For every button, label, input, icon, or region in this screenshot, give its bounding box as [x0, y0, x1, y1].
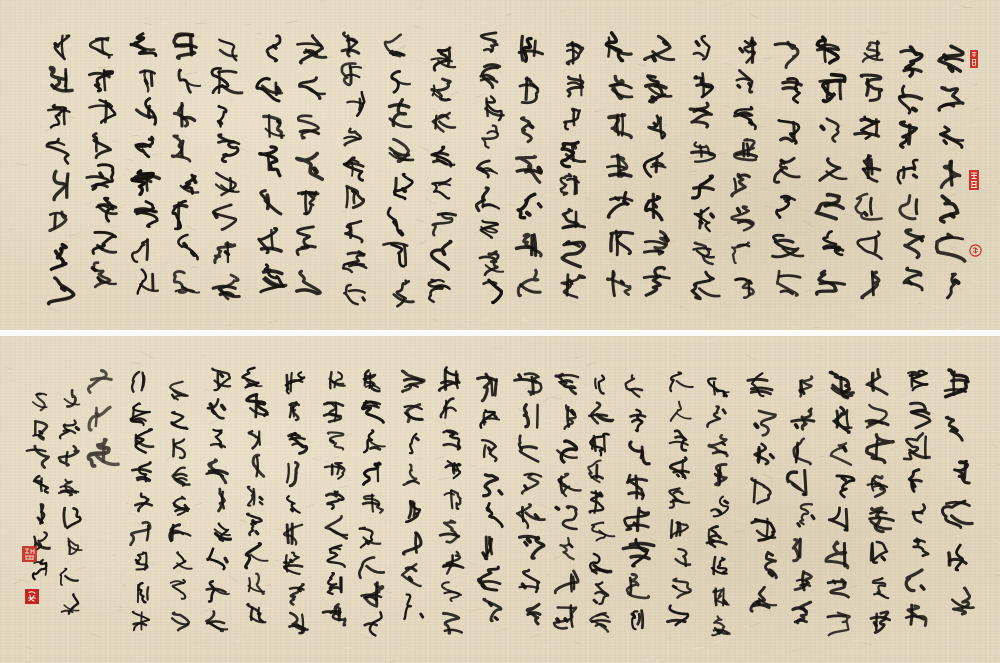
glyph — [708, 379, 729, 396]
glyph — [627, 574, 649, 598]
glyph — [630, 442, 649, 464]
glyph — [611, 231, 633, 255]
glyph — [433, 213, 456, 235]
glyph — [93, 232, 116, 253]
brush-strokes — [744, 367, 780, 617]
glyph — [284, 553, 302, 574]
glyph — [945, 370, 968, 397]
glyph — [213, 205, 236, 230]
glyph — [364, 430, 385, 452]
brush-strokes — [556, 35, 592, 303]
glyph — [342, 63, 361, 84]
glyph — [515, 373, 542, 394]
calligraphy-column: 泥之坂霜露既降 — [812, 32, 848, 304]
glyph — [817, 271, 845, 294]
glyph — [208, 399, 225, 418]
glyph — [365, 612, 382, 635]
glyph — [328, 545, 345, 566]
glyph — [138, 270, 158, 294]
glyph — [732, 243, 749, 263]
glyph — [590, 613, 609, 632]
brush-strokes — [237, 363, 273, 630]
glyph — [946, 417, 962, 440]
glyph — [776, 196, 794, 217]
glyph — [520, 78, 538, 103]
glyph — [290, 584, 304, 604]
glyph — [38, 504, 44, 523]
glyph — [692, 272, 719, 298]
glyph — [392, 71, 410, 92]
glyph — [690, 103, 711, 127]
glyph — [595, 376, 604, 394]
glyph — [390, 139, 413, 161]
glyph — [898, 160, 917, 183]
glyph — [445, 490, 461, 509]
glyph — [868, 476, 888, 497]
glyph — [588, 460, 602, 482]
glyph — [264, 115, 284, 137]
glyph — [132, 462, 150, 481]
glyph — [432, 179, 450, 199]
glyph — [560, 538, 573, 559]
glyph — [297, 36, 326, 63]
glyph — [670, 458, 688, 478]
glyph — [939, 46, 963, 71]
brush-strokes — [892, 44, 928, 299]
glyph — [406, 501, 420, 521]
glyph — [138, 583, 148, 602]
glyph — [364, 463, 381, 484]
brush-strokes — [822, 367, 858, 640]
glyph — [329, 372, 344, 388]
glyph — [478, 567, 500, 590]
glyph — [59, 480, 78, 496]
glyph — [93, 134, 110, 158]
glyph — [324, 402, 343, 422]
glyph — [870, 508, 894, 532]
glyph — [668, 606, 688, 625]
glyph — [820, 159, 846, 181]
seal-stamp — [22, 546, 37, 562]
glyph — [821, 119, 838, 142]
glyph — [732, 207, 754, 231]
brush-strokes — [769, 34, 805, 304]
lower-panel: 岩披蒙茸踞虎 豹登虬龙攀栖鹘之 危巢俯冯夷之幽宫 盖二客不能从焉划 然长啸草木震… — [0, 336, 1000, 663]
seal-stamp — [969, 244, 982, 257]
brush-strokes — [317, 367, 353, 630]
glyph — [863, 41, 882, 61]
glyph — [359, 557, 383, 577]
glyph — [404, 594, 422, 618]
brush-strokes — [472, 370, 508, 627]
glyph — [564, 109, 579, 129]
glyph — [481, 65, 500, 88]
glyph — [431, 48, 455, 70]
glyph — [671, 520, 688, 538]
calligraphy-column: 豹登虬龙攀栖鹘之 — [900, 363, 936, 630]
glyph — [555, 571, 578, 593]
glyph — [517, 157, 541, 183]
calligraphy-column: 此良夜何客曰今者 — [556, 35, 592, 303]
glyph — [136, 552, 148, 569]
glyph — [47, 139, 68, 164]
brush-strokes — [394, 363, 430, 623]
glyph — [48, 105, 69, 127]
glyph — [590, 554, 611, 574]
glyph — [433, 113, 455, 132]
glyph — [484, 280, 502, 302]
glyph — [752, 519, 775, 541]
brush-strokes — [620, 370, 656, 637]
glyph — [646, 76, 671, 102]
calligraphy-column: 鸣谷应风起水涌 — [744, 367, 780, 617]
glyph — [344, 285, 364, 304]
calligraphy-column: 恐凛乎其不可留也反 — [662, 367, 698, 630]
glyph — [837, 476, 854, 497]
calligraphy-column: 自雪堂将归于临 — [892, 44, 928, 299]
glyph — [242, 368, 261, 388]
glyph — [826, 542, 848, 568]
glyph — [649, 116, 665, 138]
calligraphy-column: 薄暮举网得鱼巨 — [512, 28, 548, 306]
glyph — [909, 470, 921, 492]
glyph — [297, 227, 315, 255]
glyph — [862, 272, 879, 298]
glyph — [174, 497, 190, 515]
glyph — [439, 368, 459, 391]
glyph — [828, 613, 850, 636]
glyph — [607, 155, 631, 176]
seal-stamp — [25, 589, 39, 604]
glyph — [87, 165, 113, 190]
glyph — [941, 196, 958, 222]
glyph — [906, 570, 924, 591]
brush-strokes — [424, 40, 460, 305]
glyph — [517, 234, 542, 256]
glyph — [518, 270, 540, 296]
glyph — [817, 37, 838, 63]
glyph — [171, 412, 187, 429]
glyph — [866, 405, 888, 428]
glyph — [913, 505, 925, 523]
glyph — [793, 602, 811, 623]
glyph — [327, 492, 344, 509]
glyph — [215, 524, 231, 541]
glyph — [623, 539, 654, 566]
glyph — [34, 476, 48, 493]
glyph — [325, 463, 345, 479]
glyph — [519, 436, 538, 462]
glyph — [900, 122, 916, 147]
calligraphy-column: 岩披蒙茸踞虎 — [940, 363, 976, 623]
glyph — [444, 431, 460, 450]
brush-strokes — [160, 377, 196, 633]
glyph — [606, 33, 631, 61]
glyph — [347, 92, 364, 116]
glyph — [521, 118, 532, 142]
glyph — [900, 196, 917, 219]
glyph — [174, 34, 196, 58]
calligraphy-column: 地仰见明月顾而乐 — [726, 32, 762, 304]
brush-strokes — [293, 30, 329, 300]
glyph — [799, 377, 812, 397]
glyph — [218, 135, 239, 162]
glyph — [287, 496, 300, 513]
glyph — [773, 235, 804, 257]
calligraphy-column: 半四顾寂寥适有孤 — [549, 367, 585, 633]
glyph — [478, 374, 497, 401]
glyph — [172, 613, 189, 631]
brush-strokes — [785, 370, 821, 630]
glyph — [207, 460, 228, 483]
glyph — [556, 506, 576, 529]
glyph — [446, 461, 461, 478]
glyph — [949, 545, 966, 570]
brush-strokes — [432, 363, 468, 637]
glyph — [905, 230, 923, 258]
glyph — [388, 208, 403, 235]
calligraphy-column: 与鱼复游于赤壁 — [252, 30, 288, 298]
glyph — [33, 560, 46, 579]
glyph — [671, 402, 691, 421]
glyph — [97, 198, 117, 221]
glyph — [914, 539, 929, 556]
glyph — [33, 421, 47, 439]
brush-strokes — [549, 367, 585, 633]
glyph — [775, 42, 798, 67]
glyph — [289, 433, 307, 453]
brush-strokes — [640, 30, 676, 302]
glyph — [559, 474, 581, 496]
glyph — [298, 192, 318, 215]
glyph — [328, 432, 344, 449]
glyph — [695, 73, 713, 97]
glyph — [676, 549, 691, 566]
glyph — [707, 526, 727, 547]
glyph — [132, 171, 159, 195]
glyph — [904, 268, 922, 290]
glyph — [394, 174, 412, 199]
calligraphy-column: 之游乐乎问其姓名俯 — [277, 367, 313, 640]
glyph — [212, 369, 230, 391]
glyph — [711, 497, 728, 517]
calligraphy-column: 而登舟放乎中流听 — [620, 370, 656, 637]
brush-strokes — [207, 32, 243, 302]
brush-strokes — [354, 367, 390, 640]
calligraphy-column: 曰有客无酒有酒 — [640, 30, 676, 302]
glyph — [297, 271, 320, 293]
glyph — [174, 271, 199, 292]
glyph — [707, 406, 725, 426]
glyph — [68, 538, 82, 554]
glyph — [54, 172, 68, 200]
calligraphy-column: 之矣畴昔之夜飞鸣而 — [200, 363, 236, 637]
glyph — [476, 188, 499, 211]
glyph — [910, 403, 930, 428]
glyph — [284, 524, 302, 544]
brush-strokes — [84, 363, 120, 473]
glyph — [132, 372, 144, 392]
glyph — [207, 581, 229, 601]
glyph — [136, 429, 154, 452]
brush-strokes — [700, 373, 736, 640]
glyph — [480, 252, 503, 275]
glyph — [261, 191, 281, 214]
glyph — [863, 156, 880, 182]
brush-strokes — [662, 367, 698, 630]
glyph — [562, 142, 585, 166]
glyph — [344, 129, 360, 145]
glyph — [213, 275, 239, 299]
calligraphy-column: 其所止而休焉时夜将 — [582, 367, 618, 637]
calligraphy-column: 盖二客不能从焉划 — [822, 367, 858, 640]
glyph — [518, 194, 541, 217]
glyph — [247, 604, 265, 622]
glyph — [732, 174, 750, 196]
glyph — [644, 153, 665, 176]
glyph — [253, 455, 264, 476]
glyph — [174, 104, 194, 127]
glyph — [402, 371, 424, 392]
brush-strokes — [336, 28, 372, 308]
glyph — [248, 487, 263, 506]
glyph — [384, 243, 408, 266]
glyph — [646, 194, 662, 220]
glyph — [734, 139, 756, 160]
glyph — [562, 242, 584, 267]
brush-strokes — [900, 363, 936, 630]
glyph — [937, 234, 965, 261]
glyph — [709, 435, 728, 456]
glyph — [51, 245, 66, 270]
glyph — [831, 443, 851, 464]
glyph — [246, 544, 268, 568]
calligraphy-column: 酒藏之久矣以待子不 — [336, 28, 372, 308]
glyph — [248, 574, 264, 594]
glyph — [906, 605, 926, 625]
glyph — [173, 201, 187, 229]
glyph — [477, 161, 497, 177]
glyph — [735, 107, 756, 129]
glyph — [247, 395, 268, 417]
glyph — [590, 491, 604, 512]
glyph — [948, 274, 959, 298]
glyph — [626, 375, 642, 396]
glyph — [64, 390, 79, 406]
glyph — [901, 47, 922, 76]
glyph — [298, 116, 318, 138]
glyph — [60, 569, 78, 585]
glyph — [563, 209, 585, 228]
glyph — [363, 402, 384, 423]
glyph — [363, 495, 383, 513]
glyph — [482, 440, 496, 461]
brush-strokes — [252, 30, 288, 298]
brush-strokes — [471, 28, 507, 308]
glyph — [328, 573, 342, 594]
glyph — [556, 374, 578, 394]
brush-strokes — [277, 367, 313, 640]
glyph — [858, 232, 882, 259]
glyph — [952, 588, 973, 614]
glyph — [404, 465, 419, 485]
glyph — [939, 88, 963, 111]
glyph — [527, 604, 540, 623]
glyph — [820, 75, 845, 102]
glyph — [873, 578, 888, 598]
brush-strokes — [940, 363, 976, 623]
glyph — [751, 587, 776, 611]
glyph — [607, 271, 630, 295]
glyph — [483, 537, 492, 559]
glyph — [410, 434, 418, 453]
brush-strokes — [684, 32, 720, 304]
glyph — [432, 79, 451, 100]
glyph — [90, 38, 112, 58]
glyph — [88, 370, 111, 392]
glyph — [955, 461, 969, 483]
glyph — [344, 158, 363, 180]
glyph — [62, 594, 79, 613]
brush-strokes — [726, 32, 762, 304]
glyph — [561, 174, 579, 195]
glyph — [693, 176, 714, 198]
glyph — [89, 407, 110, 430]
seal-stamp — [969, 170, 979, 190]
glyph — [59, 446, 79, 465]
glyph — [429, 280, 450, 302]
glyph — [520, 536, 544, 558]
glyph — [431, 241, 450, 269]
glyph — [484, 475, 502, 496]
brush-strokes — [126, 28, 162, 300]
brush-strokes — [860, 363, 896, 640]
glyph — [173, 439, 184, 458]
glyph — [871, 612, 890, 633]
glyph — [206, 611, 227, 631]
glyph — [323, 604, 345, 625]
glyph — [343, 251, 366, 272]
glyph — [670, 431, 688, 451]
glyph — [798, 504, 814, 526]
glyph — [170, 525, 191, 541]
glyph — [481, 221, 498, 238]
glyph — [219, 40, 236, 61]
glyph — [89, 70, 112, 91]
glyph — [212, 68, 242, 93]
glyph — [568, 75, 583, 96]
glyph — [631, 410, 646, 431]
glyph — [625, 508, 649, 530]
glyph — [385, 35, 404, 56]
calligraphy-column: 危巢俯冯夷之幽宫 — [860, 363, 896, 640]
glyph — [644, 267, 669, 295]
calligraphy-column: 顾笑予亦惊寤开户不 — [124, 367, 160, 637]
glyph — [299, 78, 324, 99]
glyph — [517, 504, 544, 528]
glyph — [695, 208, 713, 231]
glyph — [524, 405, 537, 428]
calligraphy-scroll: 是岁十月之望步 自雪堂将归于临 皋二客从予过黄 泥之坂霜露既降 木叶尽脱人影在 … — [0, 0, 1000, 663]
glyph — [485, 97, 503, 121]
glyph — [133, 612, 150, 631]
glyph — [519, 36, 542, 61]
calligraphy-column: 鸣掠予舟而西也须臾 — [432, 363, 468, 637]
glyph — [522, 474, 541, 494]
glyph — [267, 36, 280, 61]
glyph — [50, 67, 72, 90]
glyph — [290, 402, 299, 420]
